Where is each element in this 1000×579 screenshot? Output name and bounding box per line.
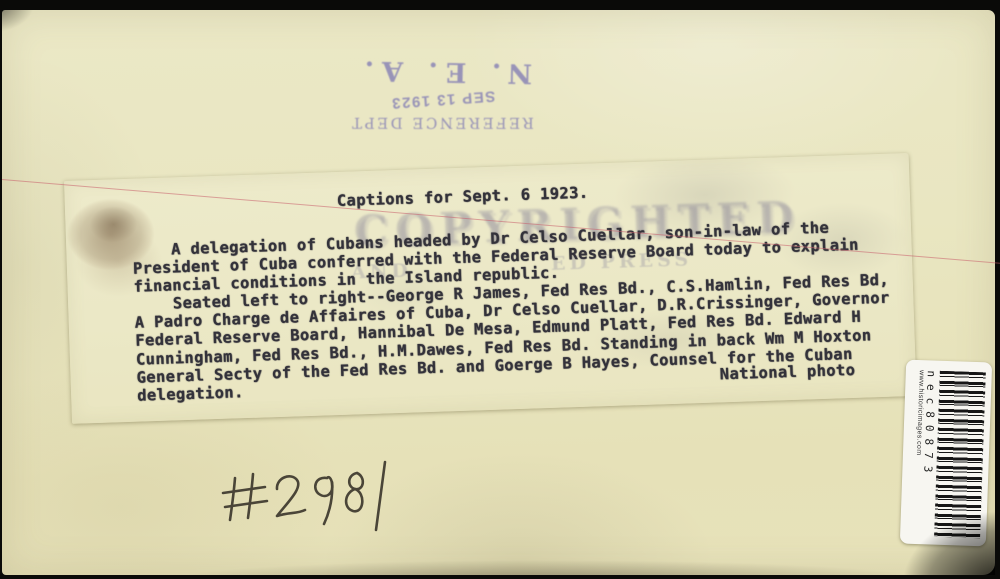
barcode-bars: [934, 371, 986, 539]
barcode-sticker: nec80873 www.historicimages.com: [900, 360, 992, 547]
handwritten-photo-number: [217, 456, 397, 546]
archive-stamp-organization: N. E. A.: [324, 54, 565, 89]
barcode-sticker-content: nec80873 www.historicimages.com: [900, 360, 992, 547]
caption-label: COPYRIGHTED AND ED PRESS Captions for Se…: [64, 153, 917, 424]
archive-stamp: REFERENCE DEPT SEP 13 1923 N. E. A.: [321, 14, 567, 144]
scanned-photo-back: REFERENCE DEPT SEP 13 1923 N. E. A. COPY…: [0, 0, 1000, 579]
photo-paper: REFERENCE DEPT SEP 13 1923 N. E. A. COPY…: [2, 10, 995, 575]
archive-stamp-department: REFERENCE DEPT: [322, 114, 562, 132]
